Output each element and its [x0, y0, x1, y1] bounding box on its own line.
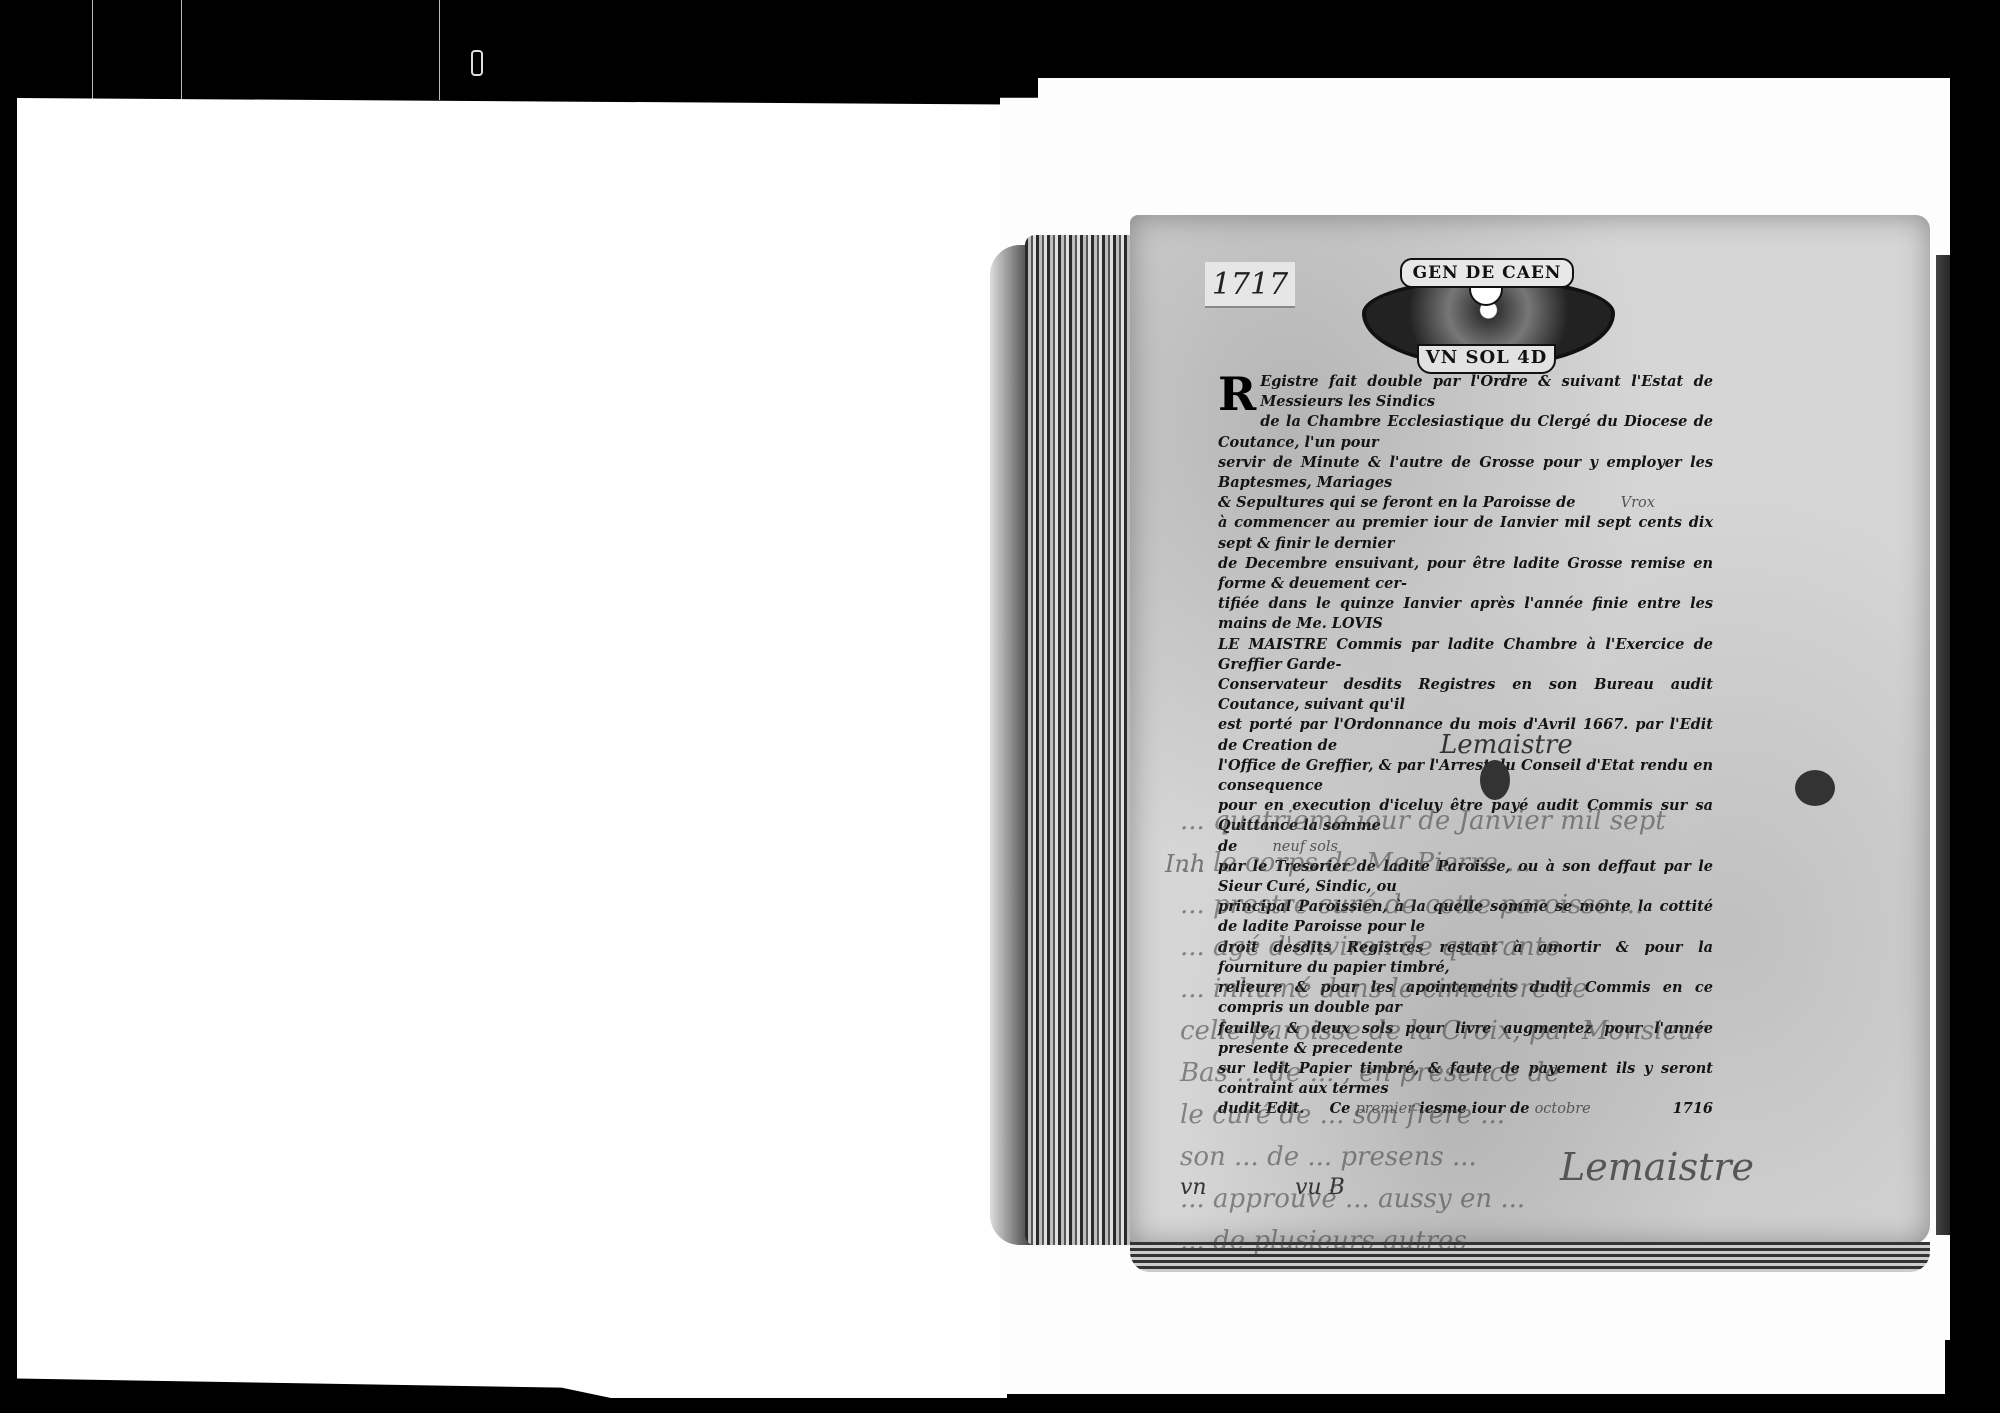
- margin-note: vu B: [1295, 1175, 1345, 1200]
- clerk-signature: Lemaistre: [1440, 730, 1573, 760]
- ink-stain: [1480, 760, 1510, 800]
- left-blank-sheet: [17, 98, 1007, 1398]
- printed-line: servir de Minute & l'autre de Grosse pou…: [1218, 453, 1713, 493]
- film-scratch-line: [439, 0, 440, 100]
- film-scratch-line: [181, 0, 182, 100]
- printed-line: de Decembre ensuivant, pour être ladite …: [1218, 554, 1713, 594]
- stamp-bottom-banner: VN SOL 4D: [1417, 344, 1556, 374]
- printed-line: tifiée dans le quinze Ianvier après l'an…: [1218, 594, 1713, 634]
- margin-note: Inh: [1165, 850, 1205, 878]
- tax-stamp: GEN DE CAEN VN SOL 4D: [1362, 258, 1607, 378]
- printed-line: & Sepultures qui se feront en la Paroiss…: [1218, 493, 1713, 513]
- year-label: 1717: [1205, 262, 1295, 308]
- printed-line: LE MAISTRE Commis par ladite Chambre à l…: [1218, 635, 1713, 675]
- film-clip-mark: [471, 50, 483, 76]
- printed-line: Egistre fait double par l'Ordre & suivan…: [1218, 372, 1713, 412]
- printed-line: de la Chambre Ecclesiastique du Clergé d…: [1218, 412, 1713, 452]
- film-border-corner: [1945, 1340, 2000, 1413]
- handwritten-parish: Vrox: [1621, 495, 1655, 511]
- handwritten-burial-entry: ... quatrieme iour de Janvier mil sept .…: [1180, 800, 1920, 1262]
- printed-line: à commencer au premier iour de Ianvier m…: [1218, 513, 1713, 553]
- printed-line: Conservateur desdits Registres en son Bu…: [1218, 675, 1713, 715]
- margin-note: vn: [1180, 1175, 1207, 1200]
- film-scratch-line: [92, 0, 93, 100]
- footer-signature: Lemaistre: [1560, 1145, 1754, 1189]
- printed-line: l'Office de Greffier, & par l'Arrest du …: [1218, 756, 1713, 796]
- drop-cap: R: [1218, 374, 1256, 414]
- film-border-right: [1950, 0, 2000, 1413]
- stamp-top-banner: GEN DE CAEN: [1400, 258, 1574, 288]
